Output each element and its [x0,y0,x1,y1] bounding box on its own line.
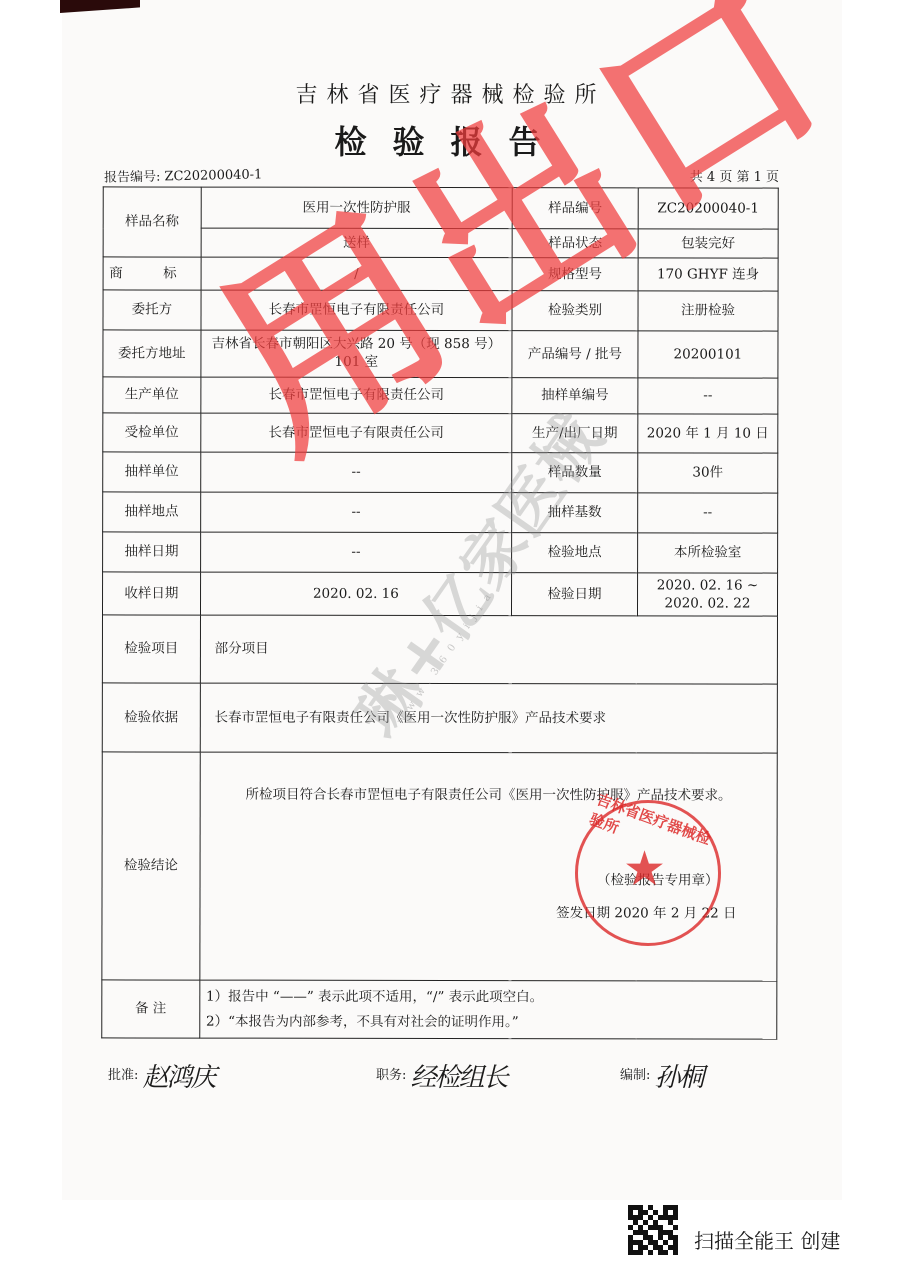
cell-value: 长春市罡恒电子有限责任公司 [200,413,511,453]
cell-label: 抽样地点 [103,492,201,532]
table-row: 抽样单位 -- 样品数量 30件 [103,452,778,493]
cell-label: 检验日期 [512,573,638,616]
remark-item: 2）“本报告为内部参考，不具有对社会的证明作用。” [204,1009,772,1035]
edge-seal-fragment [833,410,839,560]
cell-value: 长春市罡恒电子有限责任公司 [201,290,512,331]
cell-value: 吉林省长春市朝阳区大兴路 20 号（现 858 号）101 室 [201,330,512,378]
cell-value: 20200101 [638,331,778,378]
cell-value: 30件 [638,453,778,493]
cell-label: 检验地点 [512,533,638,573]
seal-note: （检验报告专用章） [597,870,719,890]
cell-label: 样品状态 [512,229,638,258]
approve-label: 批准: [108,1068,138,1083]
table-row: 委托方地址 吉林省长春市朝阳区大兴路 20 号（现 858 号）101 室 产品… [103,330,778,378]
approver-signature: 批准: 赵鸿庆 [108,1057,215,1094]
cell-label: 商 标 [103,257,201,290]
cell-label: 收样日期 [102,572,200,615]
cell-value: 包装完好 [638,229,778,258]
cell-label: 备 注 [102,980,200,1038]
report-table: 样品名称 医用一次性防护服 样品编号 ZC20200040-1 送样 样品状态 … [101,186,778,1039]
cell-label: 委托方地址 [103,330,201,377]
cell-value: 送样 [201,228,512,258]
qr-code-icon [628,1205,678,1255]
cell-label: 检验类别 [512,291,638,331]
cell-label: 抽样基数 [512,493,638,533]
compile-label: 编制: [620,1068,650,1083]
position-value: 经检组长 [411,1063,507,1093]
cell-value: -- [200,492,511,533]
organization-name: 吉林省医疗器械检验所 [0,78,901,109]
conclusion-text: 所检项目符合长春市罡恒电子有限责任公司《医用一次性防护服》产品技术要求。 [200,785,776,806]
cell-label: 样品数量 [512,453,638,493]
table-row: 检验结论 所检项目符合长春市罡恒电子有限责任公司《医用一次性防护服》产品技术要求… [102,752,777,981]
issue-date: 签发日期 2020 年 2 月 22 日 [556,903,736,924]
conclusion-cell: 所检项目符合长春市罡恒电子有限责任公司《医用一次性防护服》产品技术要求。 （检验… [200,752,778,981]
cell-value: 2020 年 1 月 10 日 [638,414,778,453]
cell-label: 委托方 [103,290,201,330]
table-row: 商 标 / 规格型号 170 GHYF 连身 [103,257,778,291]
cell-label: 规格型号 [512,258,638,291]
position-signature: 职务: 经检组长 [376,1057,507,1094]
document-title: 检验报告 [0,117,901,163]
cell-value: 部分项目 [200,615,777,684]
cell-value: 2020. 02. 16 [200,572,511,616]
cell-value: ZC20200040-1 [638,188,778,229]
report-number-label: 报告编号: [104,169,161,185]
cell-label: 样品编号 [512,188,638,229]
remark-item: 1）报告中 “——” 表示此项不适用，“/” 表示此项空白。 [204,984,772,1010]
table-row: 样品名称 医用一次性防护服 样品编号 ZC20200040-1 [103,187,778,229]
page-info: 共 4 页 第 1 页 [690,166,779,185]
app-credit: 扫描全能王 创建 [694,1225,840,1254]
table-row: 送样 样品状态 包装完好 [103,228,778,258]
cell-value: -- [200,532,511,573]
table-row: 收样日期 2020. 02. 16 检验日期 2020. 02. 16 ~ 20… [102,572,777,616]
cell-value: 长春市罡恒电子有限责任公司《医用一次性防护服》产品技术要求 [200,683,777,753]
cell-value: 医用一次性防护服 [201,187,512,229]
cell-value: -- [200,452,511,493]
scanner-footer: 扫描全能王 创建 [628,1205,840,1255]
compile-name: 孙桐 [655,1063,703,1093]
cell-label: 抽样单编号 [512,378,638,414]
report-number-value: ZC20200040-1 [164,167,262,184]
approve-name: 赵鸿庆 [143,1063,215,1093]
table-row: 抽样日期 -- 检验地点 本所检验室 [103,532,778,573]
table-row: 备 注 1）报告中 “——” 表示此项不适用，“/” 表示此项空白。 2）“本报… [102,980,777,1039]
cell-label: 受检单位 [103,413,201,452]
cell-label: 生产单位 [103,377,201,413]
cell-label: 检验依据 [102,683,200,752]
cell-label: 检验结论 [102,752,200,980]
compiler-signature: 编制: 孙桐 [620,1057,703,1094]
table-row: 检验依据 长春市罡恒电子有限责任公司《医用一次性防护服》产品技术要求 [102,683,777,753]
cell-label: 检验项目 [102,615,200,683]
position-label: 职务: [376,1068,406,1083]
cell-value: 本所检验室 [638,533,778,573]
cell-value: -- [638,493,778,533]
cell-value: / [201,257,512,291]
cell-label: 产品编号 / 批号 [512,331,638,378]
table-row: 生产单位 长春市罡恒电子有限责任公司 抽样单编号 -- [103,377,778,414]
report-number: 报告编号: ZC20200040-1 [104,163,263,185]
cell-value: 2020. 02. 16 ~ 2020. 02. 22 [637,573,777,616]
table-row: 委托方 长春市罡恒电子有限责任公司 检验类别 注册检验 [103,290,778,331]
cell-label: 抽样单位 [103,452,201,492]
cell-label: 生产/出厂日期 [512,414,638,453]
cell-value: -- [638,378,778,414]
table-row: 抽样地点 -- 抽样基数 -- [103,492,778,533]
cell-value: 170 GHYF 连身 [638,258,778,291]
table-row: 受检单位 长春市罡恒电子有限责任公司 生产/出厂日期 2020 年 1 月 10… [103,413,778,453]
cell-value: 长春市罡恒电子有限责任公司 [201,377,512,414]
cell-label: 样品名称 [103,187,201,257]
cell-label: 抽样日期 [103,532,201,572]
remarks-cell: 1）报告中 “——” 表示此项不适用，“/” 表示此项空白。 2）“本报告为内部… [199,980,776,1039]
cell-value: 注册检验 [638,291,778,331]
